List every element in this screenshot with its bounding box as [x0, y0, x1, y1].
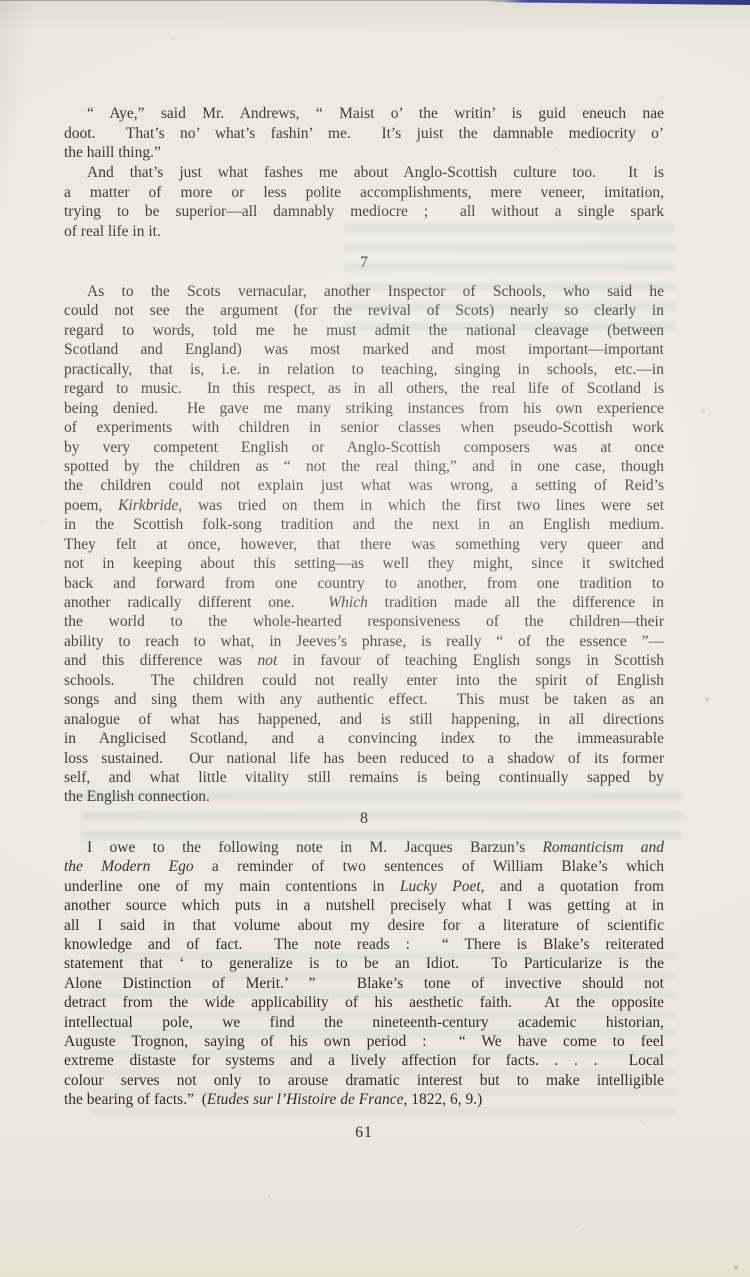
text-run: self, and what little vitality still rem… [64, 769, 664, 786]
text-run: the world to the whole-hearted responsiv… [64, 613, 664, 630]
text-run: , 1822, 6, 9.) [403, 1091, 482, 1108]
text-run: “ Aye,” said Mr. Andrews, “ Maist o’ the… [87, 105, 664, 122]
text-line: songs and sing them with any authentic e… [64, 690, 664, 709]
text-run: Scotland and England) was most marked an… [64, 341, 664, 358]
text-run: analogue of what has happened, and is st… [64, 711, 664, 728]
text-line: ability to reach to what, in Jeeves’s ph… [64, 632, 664, 651]
text-run: extreme distaste for systems and a livel… [64, 1052, 664, 1069]
text-run: practically, that is, i.e. in relation t… [64, 361, 664, 378]
text-run: detract from the wide applicability of h… [64, 994, 664, 1011]
text-line: spotted by the children as “ not the rea… [64, 457, 664, 476]
section-heading-7: 7 [64, 252, 664, 274]
text-run: They felt at once, however, that there w… [64, 536, 664, 553]
text-run: and this difference was [64, 652, 257, 669]
text-run: all I said in that volume about my desir… [64, 917, 664, 934]
paragraph-dialogue: “ Aye,” said Mr. Andrews, “ Maist o’ the… [64, 104, 664, 163]
text-run: I owe to the following note in M. Jacque… [87, 839, 542, 856]
paragraph-section-8: I owe to the following note in M. Jacque… [64, 838, 664, 1109]
text-run: spotted by the children as “ not the rea… [64, 458, 664, 475]
book-page-scan: “ Aye,” said Mr. Andrews, “ Maist o’ the… [0, 0, 750, 1277]
text-line: and this difference was not in favour of… [64, 651, 664, 670]
text-line: doot. That’s no’ what’s fashin’ me. It’s… [64, 124, 664, 144]
text-line: knowledge and of fact. The note reads : … [64, 935, 664, 954]
text-line: another radically different one. Which t… [64, 593, 664, 612]
text-line: loss sustained. Our national life has be… [64, 749, 664, 768]
text-line: Scotland and England) was most marked an… [64, 340, 664, 359]
text-line: extreme distaste for systems and a livel… [64, 1051, 664, 1070]
text-line: As to the Scots vernacular, another Insp… [64, 282, 664, 301]
text-run: songs and sing them with any authentic e… [64, 691, 664, 708]
text-line: analogue of what has happened, and is st… [64, 710, 664, 729]
text-run: colour serves not only to arouse dramati… [64, 1072, 664, 1089]
text-line: Alone Distinction of Merit.’ ” Blake’s t… [64, 974, 664, 993]
text-line: They felt at once, however, that there w… [64, 535, 664, 554]
text-line: a matter of more or less polite accompli… [64, 183, 664, 203]
text-line: of real life in it. [64, 222, 664, 242]
text-line: “ Aye,” said Mr. Andrews, “ Maist o’ the… [64, 104, 664, 124]
italic-text-run: Lucky Poet [400, 878, 481, 895]
text-line: Auguste Trognon, saying of his own perio… [64, 1032, 664, 1051]
text-run: in favour of teaching English songs in S… [277, 652, 664, 669]
text-run: trying to be superior—all damnably medio… [64, 203, 664, 220]
text-run: the haill thing.” [64, 144, 161, 161]
text-run: the English connection. [64, 788, 210, 805]
page-number: 61 [64, 1124, 664, 1142]
text-run: in Anglicised Scotland, and a convincing… [64, 730, 664, 747]
text-line: back and forward from one country to ano… [64, 574, 664, 593]
page-top-edge [0, 0, 500, 1]
italic-text-run: the Modern Ego [64, 858, 194, 875]
paragraph-section-7: As to the Scots vernacular, another Insp… [64, 282, 664, 807]
text-run: back and forward from one country to ano… [64, 575, 664, 592]
text-line: being denied. He gave me many striking i… [64, 399, 664, 418]
text-run: And that’s just what fashes me about Ang… [87, 164, 664, 181]
italic-text-run: Which [328, 594, 368, 611]
text-line: the bearing of facts.” (Etudes sur l’His… [64, 1090, 664, 1109]
text-run: tradition made all the difference in [368, 594, 664, 611]
text-line: the world to the whole-hearted responsiv… [64, 612, 664, 631]
text-line: the children could not explain just what… [64, 476, 664, 495]
text-line: And that’s just what fashes me about Ang… [64, 163, 664, 183]
text-line: underline one of my main contentions in … [64, 877, 664, 896]
text-line: I owe to the following note in M. Jacque… [64, 838, 664, 857]
text-run: of experiments with children in senior c… [64, 419, 664, 436]
book-cover-edge [488, 0, 750, 5]
text-run: regard to words, told me he must admit t… [64, 322, 664, 339]
text-line: all I said in that volume about my desir… [64, 916, 664, 935]
text-line: not in keeping about this setting—as wel… [64, 554, 664, 573]
text-line: intellectual pole, we find the nineteent… [64, 1013, 664, 1032]
text-run: schools. The children could not really e… [64, 672, 664, 689]
italic-text-run: Romanticism and [542, 839, 664, 856]
text-run: intellectual pole, we find the nineteent… [64, 1014, 664, 1031]
text-run: loss sustained. Our national life has be… [64, 750, 664, 767]
text-line: of experiments with children in senior c… [64, 418, 664, 437]
text-line: by very competent English or Anglo-Scott… [64, 438, 664, 457]
text-run: of real life in it. [64, 223, 161, 240]
text-run: in the Scottish folk-song tradition and … [64, 516, 664, 533]
text-line: the haill thing.” [64, 143, 664, 163]
text-line: statement that ‘ to generalize is to be … [64, 954, 664, 973]
text-run: doot. That’s no’ what’s fashin’ me. It’s… [64, 125, 664, 142]
text-run: As to the Scots vernacular, another Insp… [87, 283, 664, 300]
text-run: , was tried on them in which the first t… [178, 497, 664, 514]
text-line: trying to be superior—all damnably medio… [64, 202, 664, 222]
text-line: colour serves not only to arouse dramati… [64, 1071, 664, 1090]
text-line: the Modern Ego a reminder of two sentenc… [64, 857, 664, 876]
text-line: could not see the argument (for the revi… [64, 301, 664, 320]
text-line: the English connection. [64, 787, 664, 806]
text-line: regard to words, told me he must admit t… [64, 321, 664, 340]
text-run: being denied. He gave me many striking i… [64, 400, 664, 417]
text-line: poem, Kirkbride, was tried on them in wh… [64, 496, 664, 515]
text-run: underline one of my main contentions in [64, 878, 400, 895]
text-run: the children could not explain just what… [64, 477, 664, 494]
text-run: statement that ‘ to generalize is to be … [64, 955, 664, 972]
text-line: self, and what little vitality still rem… [64, 768, 664, 787]
text-line: detract from the wide applicability of h… [64, 993, 664, 1012]
text-run: regard to music. In this respect, as in … [64, 380, 664, 397]
text-line: practically, that is, i.e. in relation t… [64, 360, 664, 379]
text-line: regard to music. In this respect, as in … [64, 379, 664, 398]
italic-text-run: Etudes sur l’Histoire de France [207, 1091, 404, 1108]
paragraph-comment: And that’s just what fashes me about Ang… [64, 163, 664, 242]
text-run: another radically different one. [64, 594, 328, 611]
text-run: not in keeping about this setting—as wel… [64, 555, 664, 572]
text-run: another source which puts in a nutshell … [64, 897, 664, 914]
text-run: poem, [64, 497, 118, 514]
text-run: , and a quotation from [481, 878, 664, 895]
text-run: a matter of more or less polite accompli… [64, 184, 664, 201]
text-run: knowledge and of fact. The note reads : … [64, 936, 664, 953]
text-run: Alone Distinction of Merit.’ ” Blake’s t… [64, 975, 664, 992]
text-run: Auguste Trognon, saying of his own perio… [64, 1033, 664, 1050]
text-run: could not see the argument (for the revi… [64, 302, 664, 319]
italic-text-run: Kirkbride [118, 497, 178, 514]
text-line: in the Scottish folk-song tradition and … [64, 515, 664, 534]
text-line: in Anglicised Scotland, and a convincing… [64, 729, 664, 748]
text-line: schools. The children could not really e… [64, 671, 664, 690]
text-run: a reminder of two sentences of William B… [194, 858, 664, 875]
section-heading-8: 8 [64, 808, 664, 830]
italic-text-run: not [257, 652, 277, 669]
text-run: the bearing of facts.” ( [64, 1091, 207, 1108]
text-line: another source which puts in a nutshell … [64, 896, 664, 915]
text-run: by very competent English or Anglo-Scott… [64, 439, 664, 456]
text-run: ability to reach to what, in Jeeves’s ph… [64, 633, 664, 650]
